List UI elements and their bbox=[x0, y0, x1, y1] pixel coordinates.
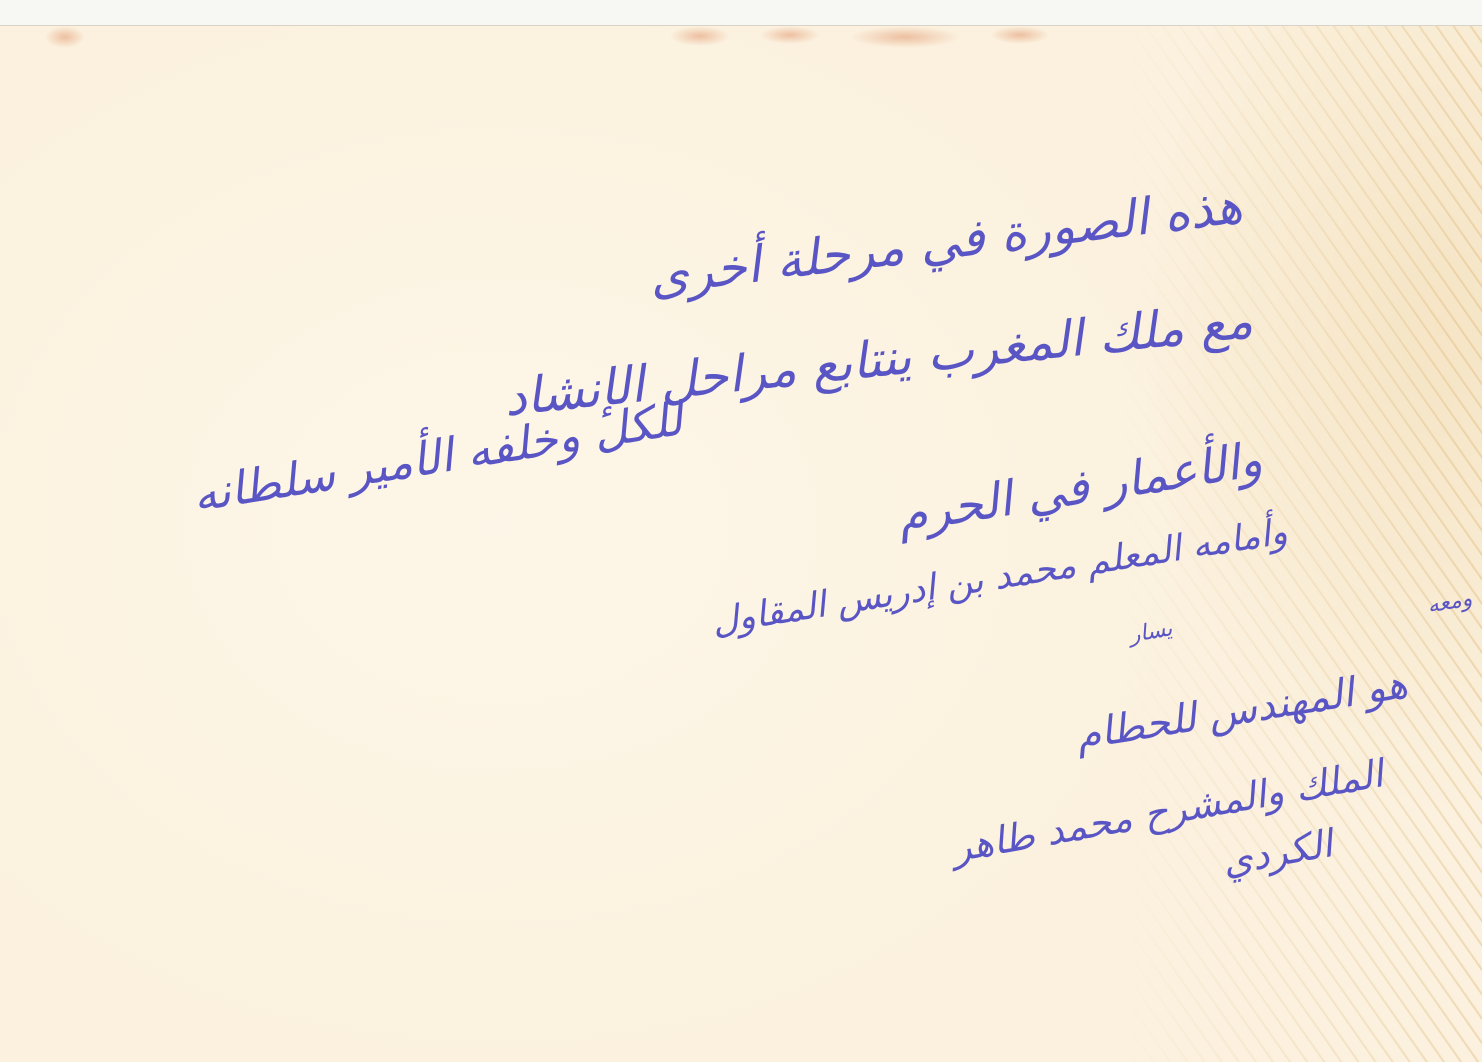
stain-mark bbox=[760, 26, 820, 44]
stain-mark bbox=[670, 26, 730, 46]
stain-mark bbox=[990, 26, 1050, 44]
stain-mark bbox=[45, 26, 85, 48]
scanned-page: هذه الصورة في مرحلة أخرى مع ملك المغرب ي… bbox=[0, 0, 1482, 1062]
stain-mark bbox=[850, 26, 960, 48]
handwritten-line: للكل وخلفه الأمير سلطانه bbox=[189, 391, 686, 522]
paper-card: هذه الصورة في مرحلة أخرى مع ملك المغرب ي… bbox=[0, 25, 1482, 1062]
